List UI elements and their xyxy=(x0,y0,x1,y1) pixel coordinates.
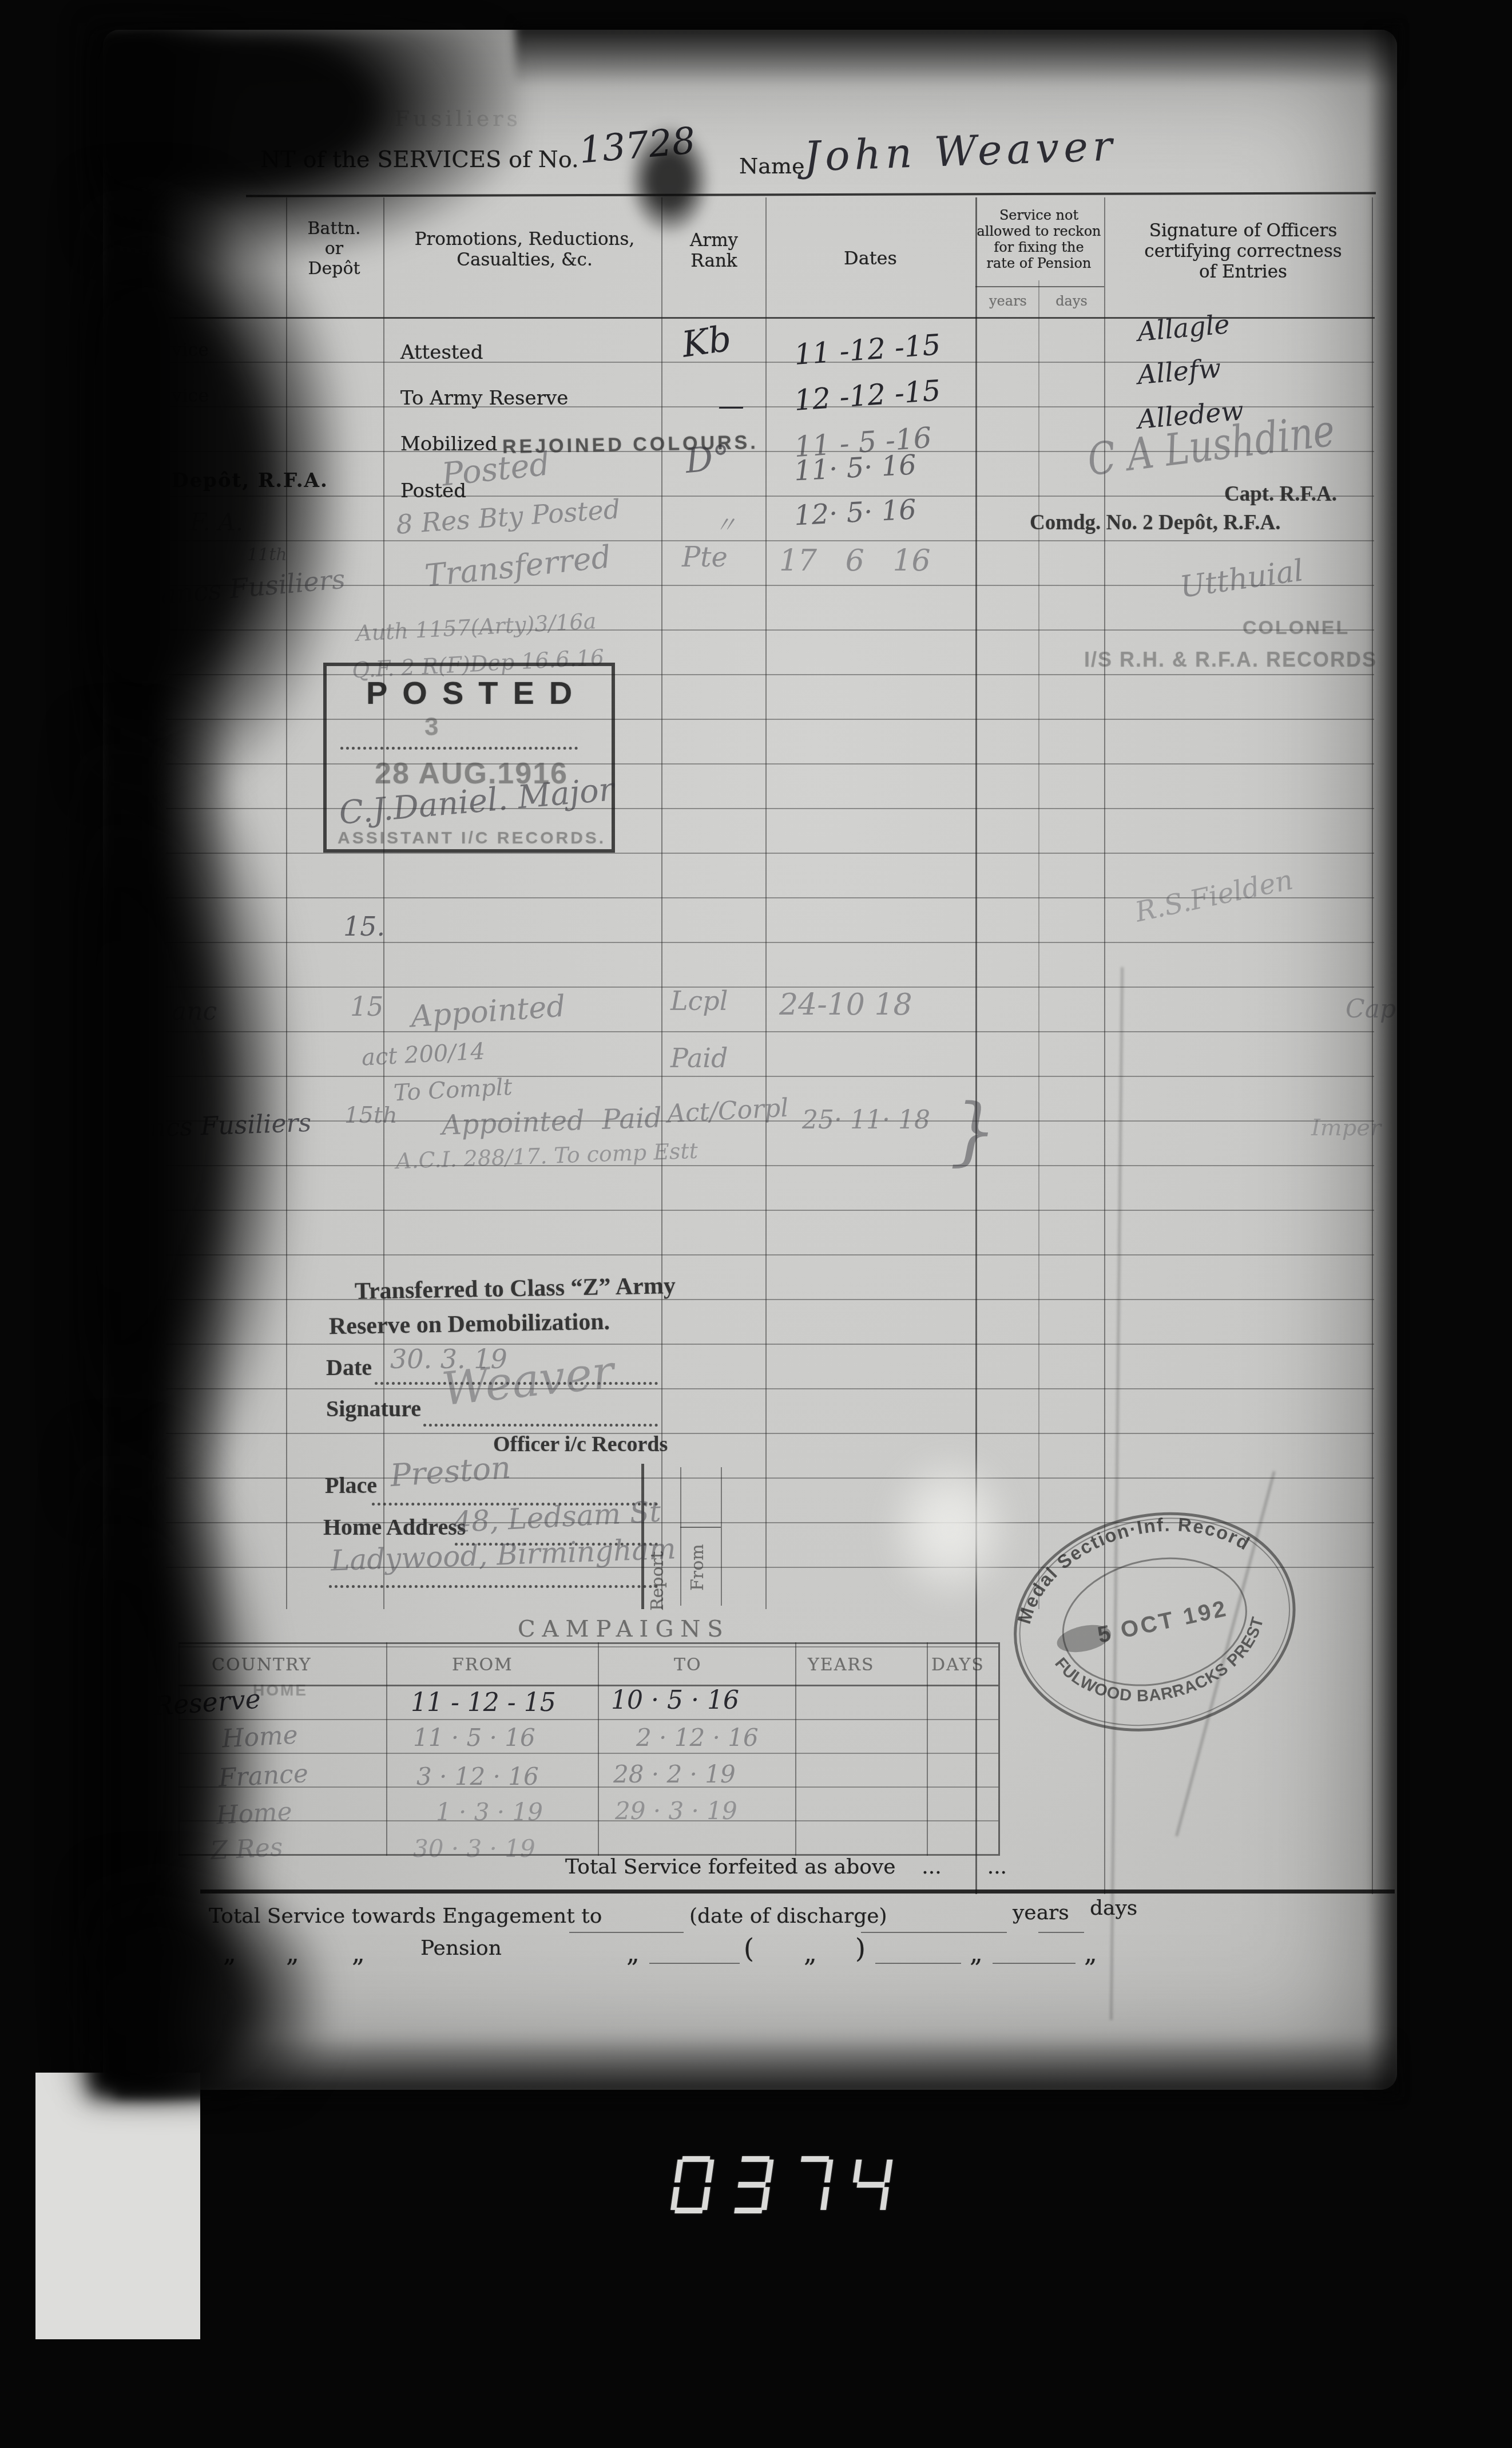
column-line xyxy=(1372,197,1373,1894)
paren-open: ( xyxy=(744,1933,754,1964)
col-head-army-rank: Army Rank xyxy=(664,230,764,271)
blank-line xyxy=(875,1963,961,1964)
campaign-from: 1 · 3 · 19 xyxy=(436,1798,543,1826)
rank-ditto-2: 〃 xyxy=(714,507,737,540)
margin-fragment: vice xyxy=(172,339,209,361)
engagement-label: Total Service towards Engagement to xyxy=(209,1904,602,1928)
campaigns-rule xyxy=(178,1646,998,1647)
column-line xyxy=(765,197,767,1609)
column-line xyxy=(286,197,287,1609)
col-head-signature: Signature of Officers certifying correct… xyxy=(1113,220,1374,282)
days-label: days xyxy=(1090,1896,1137,1920)
date-appoint-1: 24-10 18 xyxy=(779,988,912,1022)
footer-serial xyxy=(670,2156,916,2216)
posted-stamp-title: POSTED xyxy=(366,674,587,711)
campaign-to: 10 · 5 · 16 xyxy=(611,1686,739,1715)
margin-lanc-fragment: anc xyxy=(172,997,217,1026)
classz-date-label: Date xyxy=(326,1354,372,1381)
dotted-line xyxy=(329,1585,658,1588)
ditto-mark: „ xyxy=(286,1939,299,1968)
ditto-mark: „ xyxy=(352,1939,365,1968)
campaign-country: Z Res xyxy=(210,1833,284,1866)
col-head-days: days xyxy=(1041,293,1102,309)
campaigns-head-days: DAYS xyxy=(931,1655,985,1675)
battn-15: 15. xyxy=(343,911,385,942)
pension-subrule xyxy=(975,286,1104,287)
report-vertical-label: Report xyxy=(648,1473,668,1611)
posted-stamp-footer: ASSISTANT I/C RECORDS. xyxy=(338,829,606,848)
date-appoint-2: 25· 11· 18 xyxy=(802,1106,930,1135)
campaigns-column-line xyxy=(927,1642,928,1856)
row-label-to-army-reserve: To Army Reserve xyxy=(400,387,568,410)
rfa-records-stamp: I/S R.H. & R.F.A. RECORDS xyxy=(1084,648,1377,672)
from-vertical-label: From xyxy=(688,1476,708,1591)
margin-lancs-fusiliers: ancs Fusiliers xyxy=(134,1108,312,1144)
serial-digit xyxy=(789,2156,834,2213)
report-box-line xyxy=(721,1467,722,1606)
campaign-from: 11 - 12 - 15 xyxy=(411,1688,556,1717)
campaigns-column-line xyxy=(598,1642,599,1856)
date-rfa-1: 11· 5· 16 xyxy=(793,449,917,487)
posted-stamp-number: 3 xyxy=(424,713,438,742)
name-label: Name xyxy=(739,153,804,179)
campaigns-rule xyxy=(178,1642,998,1644)
campaigns-head-country: COUNTRY xyxy=(212,1655,312,1675)
ditto-mark: „ xyxy=(626,1939,640,1968)
sig-fragment: Cap xyxy=(1346,995,1396,1024)
rank-ditto-dash: — xyxy=(718,390,744,421)
blank-line xyxy=(993,1963,1076,1964)
classz-line-1: Transferred to Class “Z” Army xyxy=(355,1272,676,1305)
campaign-to: 2 · 12 · 16 xyxy=(636,1724,759,1752)
comdg-depot-stamp: Comdg. No. 2 Depôt, R.F.A. xyxy=(1030,510,1281,535)
ditto-mark: „ xyxy=(970,1939,983,1968)
campaigns-column-line xyxy=(795,1642,796,1856)
campaign-country: Home xyxy=(216,1797,293,1831)
col-head-battn: Battn. or Depôt xyxy=(285,219,383,279)
column-line xyxy=(661,197,662,1609)
campaign-from: 3 · 12 · 16 xyxy=(416,1762,539,1791)
margin-fragment: vice xyxy=(172,385,209,406)
date-transfer: 17 6 16 xyxy=(779,544,931,578)
campaigns-rule xyxy=(178,1719,998,1720)
classz-line-2: Reserve on Demobilization. xyxy=(329,1308,610,1341)
row-label-attested: Attested xyxy=(400,341,483,364)
campaigns-column-line xyxy=(998,1642,1000,1856)
rank-pte: Pte xyxy=(682,541,728,573)
pension-label: Pension xyxy=(420,1936,502,1960)
campaigns-rule xyxy=(178,1820,998,1821)
years-label: years xyxy=(1013,1901,1069,1924)
unit-fragment: F. A. xyxy=(190,508,243,536)
blank-line xyxy=(569,1932,684,1933)
column-line xyxy=(1038,280,1039,1609)
col-head-dates: Dates xyxy=(767,247,974,269)
col-head-years: years xyxy=(979,293,1037,309)
colonel-stamp: COLONEL xyxy=(1243,617,1350,639)
campaigns-head-years: YEARS xyxy=(808,1655,875,1675)
rank-scrawl: Kb xyxy=(679,317,733,365)
serial-digit xyxy=(670,2156,715,2213)
sig-fragment-2: Imper xyxy=(1311,1115,1381,1141)
unit-depot-rfa: Depôt, R.F.A. xyxy=(172,469,328,492)
campaign-to: 29 · 3 · 19 xyxy=(615,1797,737,1825)
rank-ditto: D° xyxy=(684,438,732,482)
campaigns-head-from: FROM xyxy=(452,1655,513,1675)
ditto-mark: „ xyxy=(804,1939,817,1968)
date-rfa-2: 12· 5· 16 xyxy=(793,493,917,532)
blank-line xyxy=(1038,1932,1084,1933)
classz-signature-label: Signature xyxy=(326,1395,421,1422)
rank-lcpl: Lcpl xyxy=(670,985,728,1016)
campaign-from: 30 · 3 · 19 xyxy=(413,1835,535,1863)
date-of-discharge-label: (date of discharge) xyxy=(689,1904,887,1928)
rank-paid: Paid xyxy=(670,1043,728,1074)
ditto-mark: „ xyxy=(1084,1939,1097,1968)
blank-line xyxy=(861,1932,1007,1933)
battn-value: 15 xyxy=(350,991,384,1022)
serial-digit xyxy=(729,2156,774,2213)
report-box-line xyxy=(680,1467,681,1606)
ink-smudge xyxy=(626,123,712,237)
campaign-country: Home xyxy=(221,1721,299,1754)
classz-home-address-label: Home Address xyxy=(323,1514,466,1540)
officer-ic-records-label: Officer i/c Records xyxy=(493,1432,668,1457)
column-line xyxy=(975,197,977,1894)
col-head-pension: Service not allowed to reckon for fixing… xyxy=(973,207,1105,271)
campaigns-rule xyxy=(178,1753,998,1754)
bottom-left-white-patch xyxy=(35,2073,200,2339)
campaign-to: 28 · 2 · 19 xyxy=(613,1760,736,1788)
forfeited-line: Total Service forfeited as above ... ... xyxy=(565,1855,1007,1879)
thick-rule xyxy=(200,1890,1395,1894)
posted-stamp-dotted-line xyxy=(340,747,578,750)
campaigns-head-to: TO xyxy=(674,1655,702,1675)
pen-brace: } xyxy=(950,1087,997,1174)
home-stamp: HOME xyxy=(253,1681,308,1700)
classz-place-label: Place xyxy=(325,1472,377,1499)
ditto-mark: „ xyxy=(223,1939,236,1968)
battn-15th: 15th xyxy=(344,1102,398,1128)
campaign-country: France xyxy=(218,1759,309,1793)
paren-close: ) xyxy=(855,1933,866,1964)
scanned-document-page: { "page": { "footer_number": "0374" }, "… xyxy=(0,0,1512,2448)
serial-digit xyxy=(848,2156,893,2213)
campaign-from: 11 · 5 · 16 xyxy=(413,1724,535,1752)
capt-rfa-stamp: Capt. R.F.A. xyxy=(1224,482,1337,506)
ghost-regiment-text: Fusiliers xyxy=(395,106,521,131)
campaigns-column-line xyxy=(178,1642,180,1856)
col-head-promotions: Promotions, Reductions, Casualties, &c. xyxy=(388,229,661,270)
campaigns-title: CAMPAIGNS xyxy=(518,1616,730,1642)
dotted-line xyxy=(423,1424,658,1427)
form-title: NT of the SERVICES of No. xyxy=(260,146,579,173)
unit-superscript: 11th xyxy=(247,545,287,565)
campaigns-column-line xyxy=(386,1642,387,1856)
blank-line xyxy=(649,1963,740,1964)
